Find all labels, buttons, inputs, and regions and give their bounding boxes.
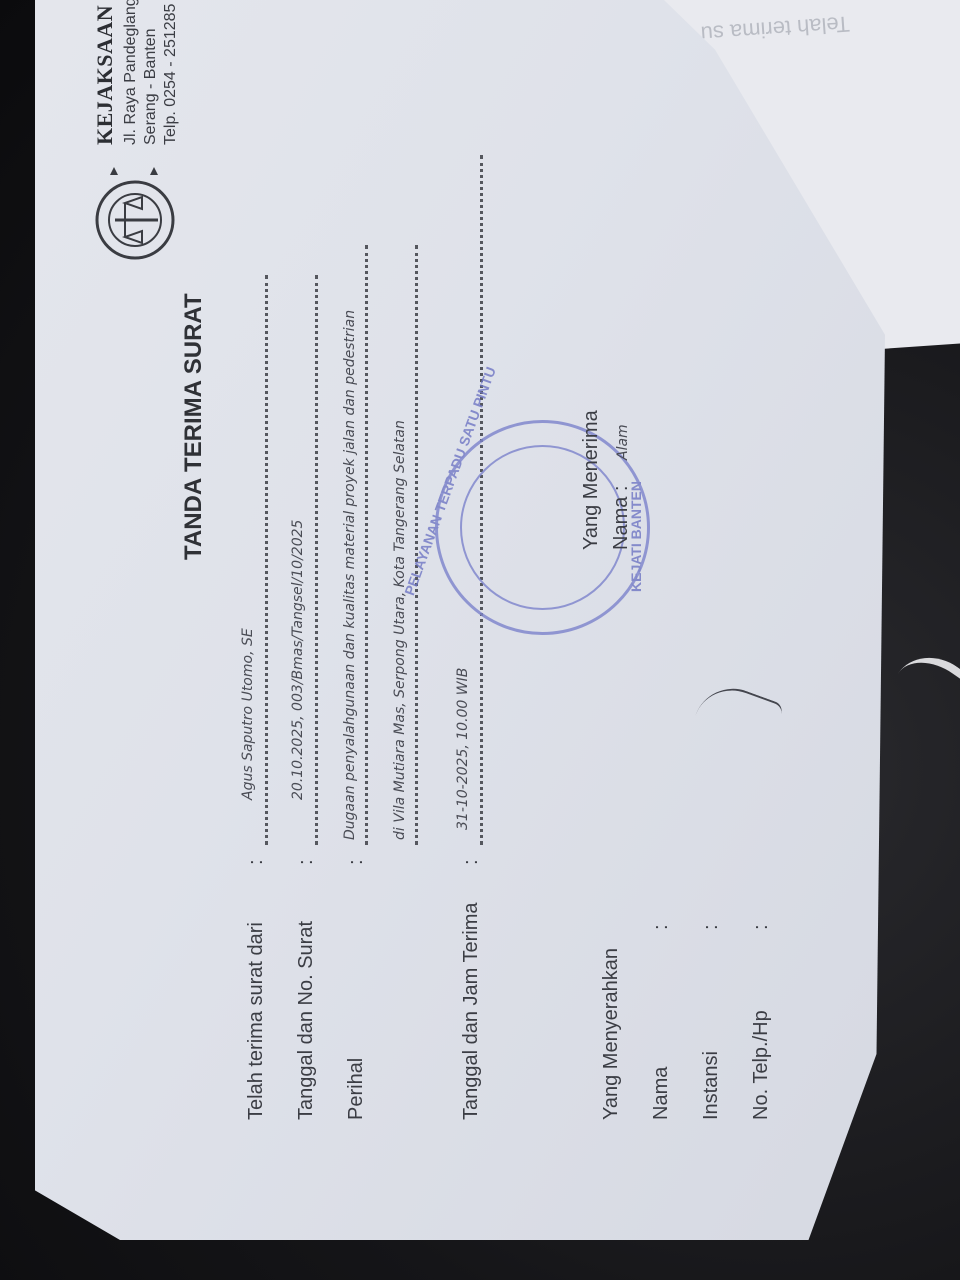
field-value-letter-date-number: 20.10.2025, 003/Bmas/Tangsel/10/2025 xyxy=(290,520,306,800)
separator: : xyxy=(295,859,318,865)
prosecutor-emblem-icon xyxy=(90,165,180,275)
field-value-received-datetime: 31-10-2025, 10.00 WIB xyxy=(455,668,471,830)
field-value-subject-line-1: Dugaan penyalahgunaan dan kualitas mater… xyxy=(342,310,358,840)
separator: : xyxy=(245,859,268,865)
receiver-name-label: Nama : xyxy=(610,486,633,550)
field-value-sender: Agus Saputro Utomo, SE xyxy=(240,628,256,800)
field-label-subject: Perihal xyxy=(345,1058,368,1120)
separator: : xyxy=(345,859,368,865)
organization-contact: Telp. 0254 - 251285 Fax. 0254 - 250469 xyxy=(162,0,180,145)
field-value-subject-line-2: di Vila Mutiara Mas, Serpong Utara, Kota… xyxy=(392,420,408,840)
receiver-heading: Yang Menerima xyxy=(580,410,603,550)
organization-address: Jl. Raya Pandeglang Km. 4-Pal Empat xyxy=(122,0,140,145)
charging-cable xyxy=(876,641,960,757)
field-label-sender: Telah terima surat dari xyxy=(245,922,268,1120)
field-label-received-datetime: Tanggal dan Jam Terima xyxy=(460,902,483,1120)
submitter-phone-label: No. Telp./Hp xyxy=(750,1010,773,1120)
document-title: TANDA TERIMA SURAT xyxy=(180,293,208,560)
field-line xyxy=(265,275,268,845)
document-content: KEJAKSAAN TINGGI BANTEN Jl. Raya Pandegl… xyxy=(80,20,860,1120)
submitter-institution-label: Instansi xyxy=(700,1051,723,1120)
field-line xyxy=(315,275,318,845)
submitter-heading: Yang Menyerahkan xyxy=(600,948,623,1120)
organization-name: KEJAKSAAN TINGGI BANTEN xyxy=(92,0,118,145)
signature xyxy=(696,678,785,743)
submitter-name-label: Nama xyxy=(650,1067,673,1120)
separator: : xyxy=(460,859,483,865)
separator: : xyxy=(750,924,773,930)
separator: : xyxy=(650,924,673,930)
field-line xyxy=(365,245,368,845)
separator: : xyxy=(700,924,723,930)
organization-city: Serang - Banten xyxy=(142,28,160,145)
receiver-name-value: Alam xyxy=(615,424,631,460)
field-label-letter-date-number: Tanggal dan No. Surat xyxy=(295,921,318,1120)
